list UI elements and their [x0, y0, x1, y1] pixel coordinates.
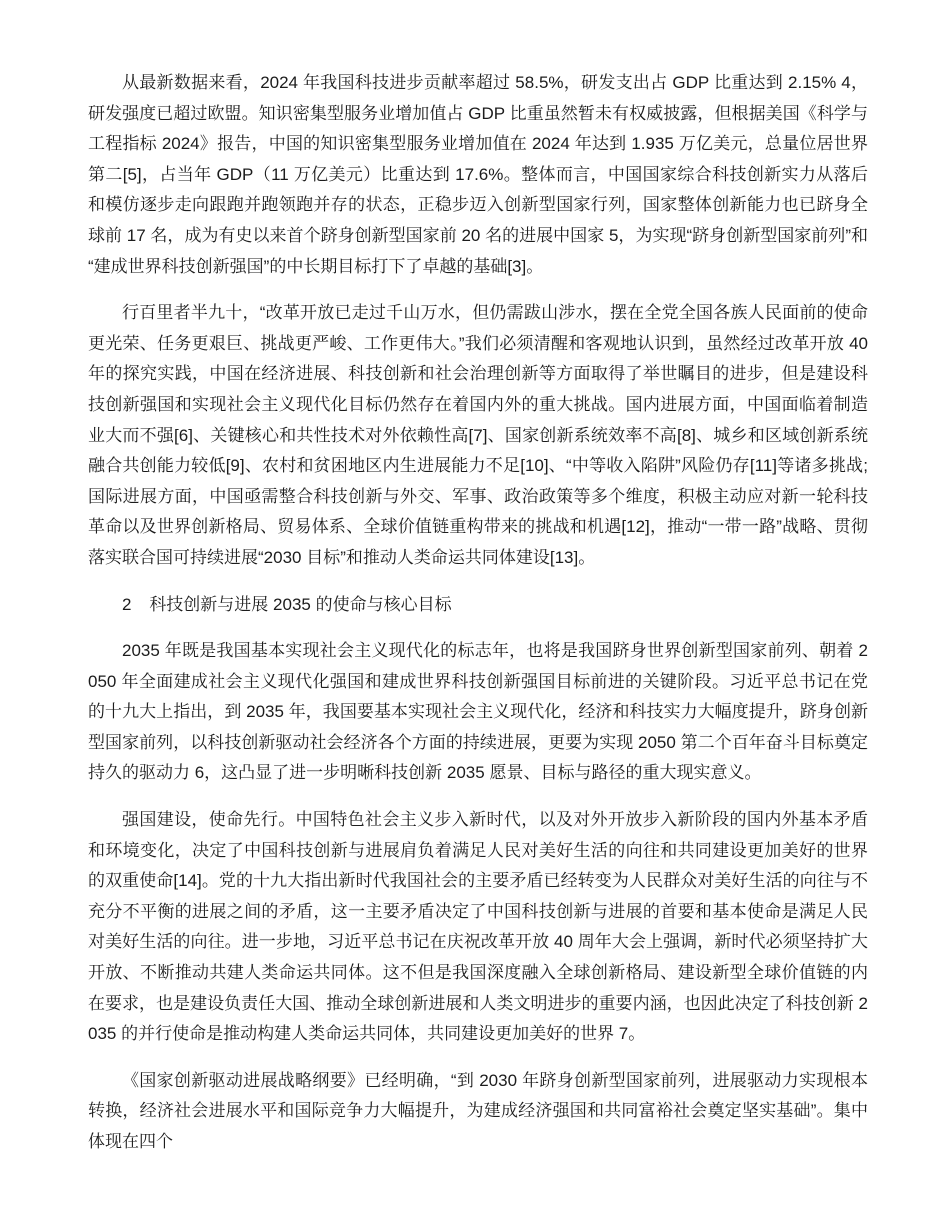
paragraph: 从最新数据来看，2024 年我国科技进步贡献率超过 58.5%，研发支出占 GD… [88, 68, 868, 282]
paragraph: 《国家创新驱动进展战略纲要》已经明确，“到 2030 年跻身创新型国家前列，进展… [88, 1066, 868, 1158]
section-heading: 2科技创新与进展 2035 的使命与核心目标 [88, 590, 868, 621]
paragraph: 强国建设，使命先行。中国特色社会主义步入新时代，以及对外开放步入新阶段的国内外基… [88, 805, 868, 1050]
section-number: 2 [122, 595, 131, 614]
paragraph: 行百里者半九十，“改革开放已走过千山万水，但仍需跋山涉水，摆在全党全国各族人民面… [88, 298, 868, 573]
paragraph: 2035 年既是我国基本实现社会主义现代化的标志年，也将是我国跻身世界创新型国家… [88, 636, 868, 789]
section-title: 科技创新与进展 2035 的使命与核心目标 [149, 595, 451, 614]
document-page: 从最新数据来看，2024 年我国科技进步贡献率超过 58.5%，研发支出占 GD… [0, 0, 950, 1230]
document-body: 从最新数据来看，2024 年我国科技进步贡献率超过 58.5%，研发支出占 GD… [88, 68, 868, 1158]
